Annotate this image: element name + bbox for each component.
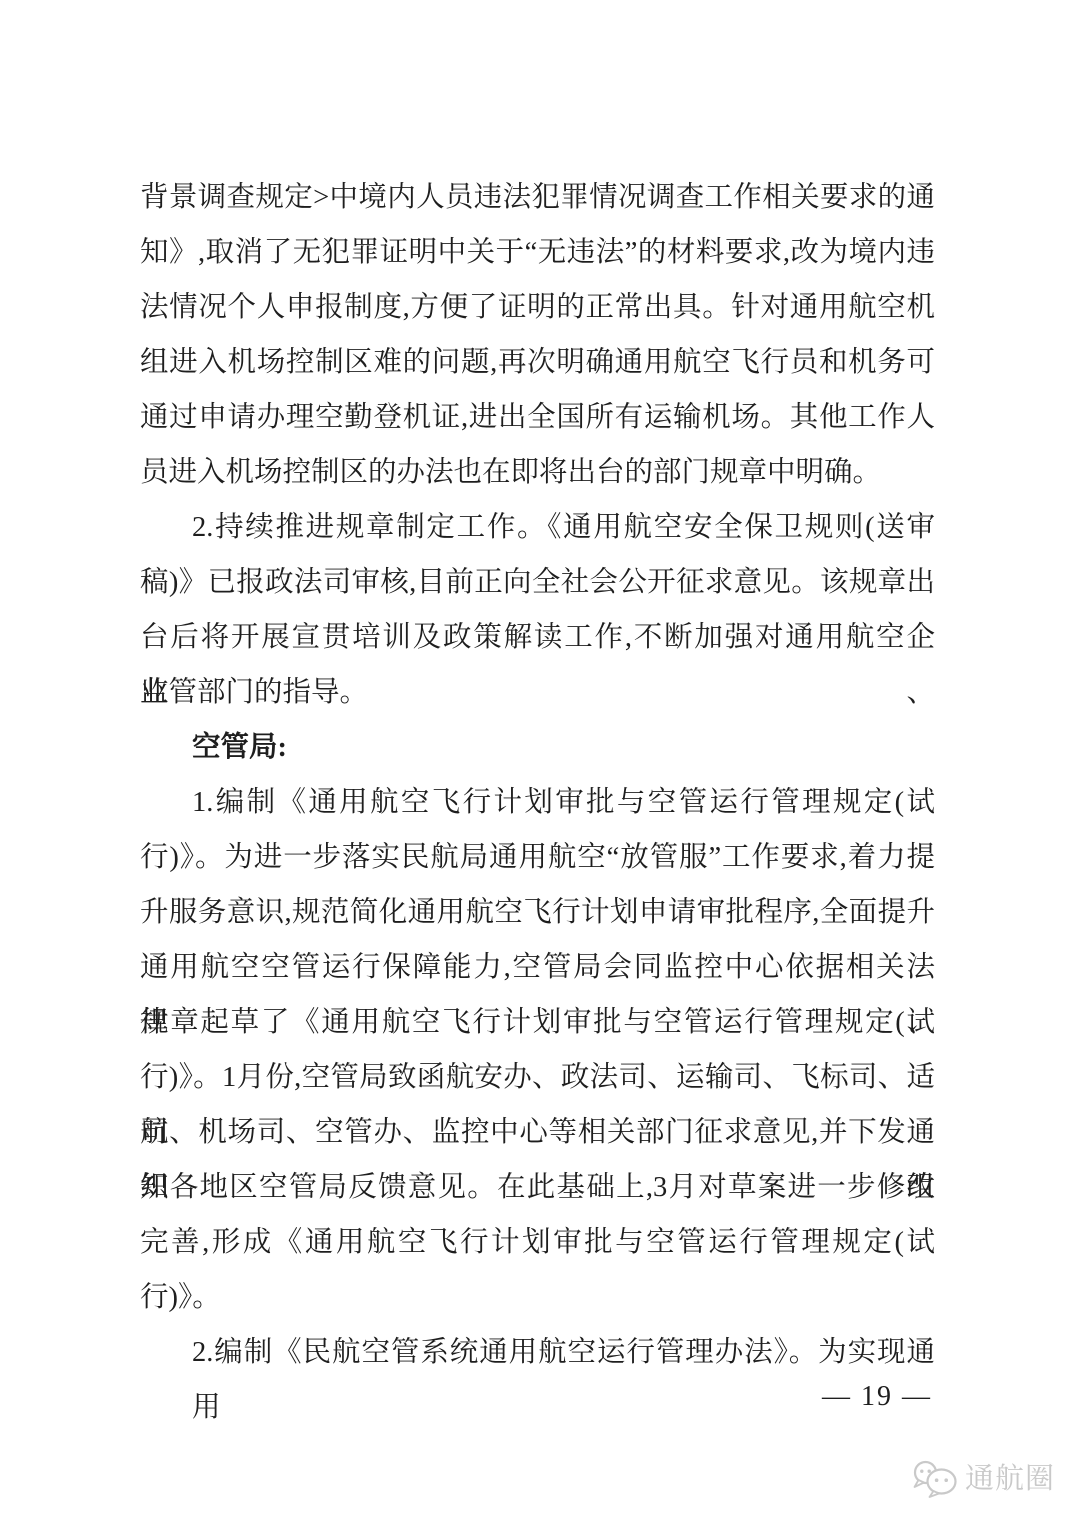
text-line: 2.持续推进规章制定工作。《通用航空安全保卫规则(送审: [140, 500, 935, 555]
wechat-icon: [911, 1460, 958, 1498]
text-line: 背景调查规定>中境内人员违法犯罪情况调查工作相关要求的通: [140, 170, 935, 225]
text-line: 员进入机场控制区的办法也在即将出台的部门规章中明确。: [140, 445, 935, 500]
text-line: 行)》。为进一步落实民航局通用航空“放管服”工作要求,着力提: [140, 830, 935, 885]
text-line: 通过申请办理空勤登机证,进出全国所有运输机场。其他工作人: [140, 390, 935, 445]
text-line: 规章起草了《通用航空飞行计划审批与空管运行管理规定(试: [140, 995, 935, 1050]
text-line: 知》,取消了无犯罪证明中关于“无违法”的材料要求,改为境内违: [140, 225, 935, 280]
text-line: 行)》。1月份,空管局致函航安办、政法司、运输司、飞标司、适航: [140, 1050, 935, 1105]
text-line: 织各地区空管局反馈意见。在此基础上,3月对草案进一步修改: [140, 1160, 935, 1215]
text-line: 台后将开展宣贯培训及政策解读工作,不断加强对通用航空企业、: [140, 610, 935, 665]
text-line: 司、机场司、空管办、监控中心等相关部门征求意见,并下发通知组: [140, 1105, 935, 1160]
text-line: 完善,形成《通用航空飞行计划审批与空管运行管理规定(试: [140, 1215, 935, 1270]
watermark: 通航圈: [911, 1460, 1055, 1498]
text-line: 通用航空空管运行保障能力,空管局会同监控中心依据相关法律、: [140, 940, 935, 995]
section-heading: 空管局:: [140, 720, 935, 775]
text-line: 1.编制《通用航空飞行计划审批与空管运行管理规定(试: [140, 775, 935, 830]
text-line: 组进入机场控制区难的问题,再次明确通用航空飞行员和机务可: [140, 335, 935, 390]
text-line: 行)》。: [140, 1270, 935, 1325]
text-line: 稿)》已报政法司审核,目前正向全社会公开征求意见。该规章出: [140, 555, 935, 610]
document-page: 背景调查规定>中境内人员违法犯罪情况调查工作相关要求的通知》,取消了无犯罪证明中…: [0, 0, 1080, 1527]
page-number: — 19 —: [822, 1381, 932, 1413]
watermark-label: 通航圈: [965, 1460, 1055, 1498]
text-line: 升服务意识,规范简化通用航空飞行计划申请审批程序,全面提升: [140, 885, 935, 940]
text-line: 法情况个人申报制度,方便了证明的正常出具。针对通用航空机: [140, 280, 935, 335]
text-line: 2.编制《民航空管系统通用航空运行管理办法》。为实现通用: [140, 1325, 935, 1380]
body-text: 背景调查规定>中境内人员违法犯罪情况调查工作相关要求的通知》,取消了无犯罪证明中…: [140, 170, 935, 1380]
